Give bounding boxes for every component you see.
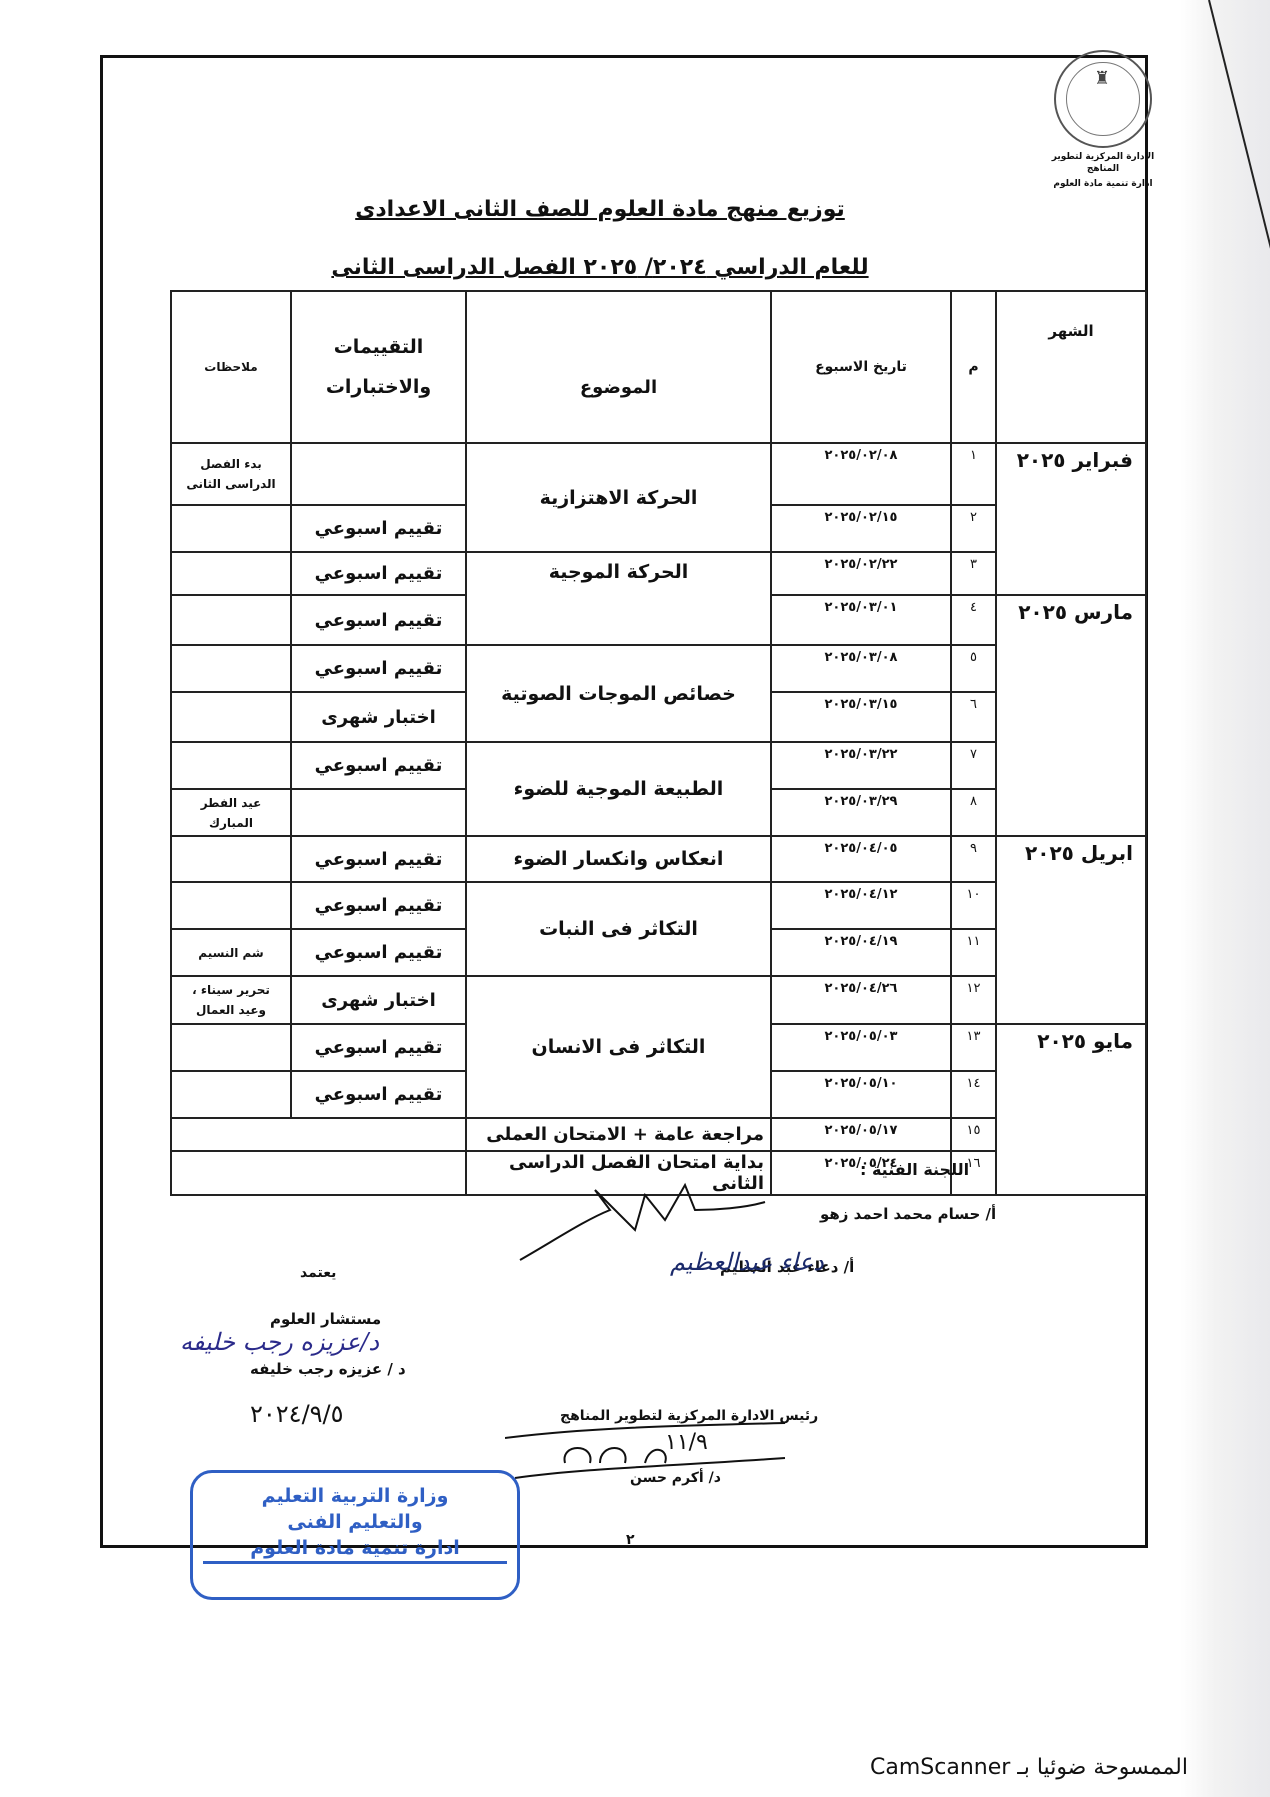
assessment-cell: تقييم اسبوعي: [291, 836, 466, 882]
seal-icon: ♜: [1054, 50, 1152, 148]
date-cell: ٢٠٢٥/٠٣/٢٢: [771, 742, 951, 789]
num-cell: ٩: [951, 836, 996, 882]
date-cell: ٢٠٢٥/٠٤/٢٦: [771, 976, 951, 1024]
page-number: ٢: [626, 1532, 635, 1548]
num-cell: ٨: [951, 789, 996, 836]
date-cell: ٢٠٢٥/٠٢/٠٨: [771, 443, 951, 505]
committee-label: اللجنة الفنية :: [860, 1160, 969, 1179]
num-cell: ٥: [951, 645, 996, 692]
eagle-icon: ♜: [1094, 68, 1110, 89]
notes-cell: بدء الفصل الدراسى الثانى: [171, 443, 291, 505]
notes-cell: [171, 595, 291, 645]
notes-cell: [171, 505, 291, 552]
approval-label: يعتمد: [300, 1265, 336, 1281]
num-cell: ٤: [951, 595, 996, 645]
table-header-row: الشهر م تاريخ الاسبوع الموضوع التقييمات …: [171, 291, 1146, 443]
logo-caption-1: الادارة المركزية لتطوير المناهج: [1048, 151, 1158, 175]
topic-cell: الحركة الموجية: [466, 552, 771, 645]
notes-cell: عيد الفطر المبارك: [171, 789, 291, 836]
month-cell: فبراير ٢٠٢٥: [996, 443, 1146, 595]
notes-cell: [171, 882, 291, 929]
empty-cell: [171, 1151, 466, 1195]
advisor-date: ٢٠٢٤/٩/٥: [250, 1400, 344, 1428]
header-assessment-line2: والاختبارات: [298, 367, 459, 407]
num-cell: ٢: [951, 505, 996, 552]
num-cell: ٦: [951, 692, 996, 742]
date-cell: ٢٠٢٥/٠٣/٠١: [771, 595, 951, 645]
num-cell: ٣: [951, 552, 996, 595]
num-cell: ١٣: [951, 1024, 996, 1071]
notes-cell: [171, 742, 291, 789]
topic-cell: الحركة الاهتزازية: [466, 443, 771, 552]
date-cell: ٢٠٢٥/٠٥/١٧: [771, 1118, 951, 1151]
notes-cell: تحرير سيناء ، وعيد العمال: [171, 976, 291, 1024]
empty-cell: [171, 1118, 466, 1151]
stamp-line-1: وزارة التربية التعليم: [193, 1483, 517, 1509]
month-cell: مارس ٢٠٢٥: [996, 595, 1146, 836]
assessment-cell: تقييم اسبوعي: [291, 1071, 466, 1118]
advisor-name: د / عزيزه رجب خليفه: [250, 1360, 406, 1378]
notes-cell: [171, 692, 291, 742]
num-cell: ١٥: [951, 1118, 996, 1151]
assessment-cell: [291, 789, 466, 836]
assessment-cell: اختبار شهرى: [291, 976, 466, 1024]
topic-cell: مراجعة عامة + الامتحان العملى: [466, 1118, 771, 1151]
header-assessment: التقييمات والاختبارات: [291, 291, 466, 443]
assessment-cell: [291, 443, 466, 505]
header-assessment-line1: التقييمات: [298, 327, 459, 367]
num-cell: ٧: [951, 742, 996, 789]
assessment-cell: تقييم اسبوعي: [291, 1024, 466, 1071]
topic-cell: خصائص الموجات الصوتية: [466, 645, 771, 742]
assessment-cell: تقييم اسبوعي: [291, 645, 466, 692]
assessment-cell: تقييم اسبوعي: [291, 505, 466, 552]
notes-cell: [171, 552, 291, 595]
signature-member-2: دعاء عبدالعظيم: [670, 1248, 824, 1276]
head-date: ١١/٩: [665, 1430, 708, 1455]
notes-cell: [171, 1071, 291, 1118]
date-cell: ٢٠٢٥/٠٢/٢٢: [771, 552, 951, 595]
committee-member-1: أ/ حسام محمد احمد زهو: [820, 1205, 996, 1223]
notes-cell: [171, 645, 291, 692]
assessment-cell: تقييم اسبوعي: [291, 742, 466, 789]
stamp-line-2: والتعليم الفنى: [193, 1509, 517, 1535]
date-cell: ٢٠٢٥/٠٣/١٥: [771, 692, 951, 742]
notes-cell: [171, 836, 291, 882]
assessment-cell: اختبار شهرى: [291, 692, 466, 742]
camscanner-watermark: الممسوحة ضوئيا بـ CamScanner: [870, 1755, 1188, 1780]
head-name: د/ أكرم حسن: [630, 1470, 721, 1486]
stamp-line-3: ادارة تنمية مادة العلوم: [203, 1535, 507, 1564]
curriculum-table: الشهر م تاريخ الاسبوع الموضوع التقييمات …: [170, 290, 1147, 1196]
header-month: الشهر: [996, 291, 1146, 443]
date-cell: ٢٠٢٥/٠٤/٠٥: [771, 836, 951, 882]
assessment-cell: تقييم اسبوعي: [291, 552, 466, 595]
num-cell: ١٢: [951, 976, 996, 1024]
date-cell: ٢٠٢٥/٠٤/١٩: [771, 929, 951, 976]
num-cell: ١١: [951, 929, 996, 976]
num-cell: ١: [951, 443, 996, 505]
ministry-logo: ♜ الادارة المركزية لتطوير المناهج ادارة …: [1048, 50, 1158, 180]
table-row: فبراير ٢٠٢٥ ١ ٢٠٢٥/٠٢/٠٨ الحركة الاهتزاز…: [171, 443, 1146, 505]
date-cell: ٢٠٢٥/٠٣/٢٩: [771, 789, 951, 836]
month-cell: مايو ٢٠٢٥: [996, 1024, 1146, 1195]
date-cell: ٢٠٢٥/٠٥/٠٣: [771, 1024, 951, 1071]
assessment-cell: تقييم اسبوعي: [291, 882, 466, 929]
page-curl-shadow: [1180, 0, 1270, 1797]
num-cell: ١٠: [951, 882, 996, 929]
header-notes: ملاحظات: [171, 291, 291, 443]
department-stamp: وزارة التربية التعليم والتعليم الفنى ادا…: [190, 1470, 520, 1600]
num-cell: ١٤: [951, 1071, 996, 1118]
topic-cell: انعكاس وانكسار الضوء: [466, 836, 771, 882]
date-cell: ٢٠٢٥/٠٣/٠٨: [771, 645, 951, 692]
header-topic: الموضوع: [466, 291, 771, 443]
table-row: ابريل ٢٠٢٥ ٩ ٢٠٢٥/٠٤/٠٥ انعكاس وانكسار ا…: [171, 836, 1146, 882]
document-title: توزيع منهج مادة العلوم للصف الثانى الاعد…: [300, 197, 900, 222]
header-num: م: [951, 291, 996, 443]
notes-cell: [171, 1024, 291, 1071]
date-cell: ٢٠٢٥/٠٢/١٥: [771, 505, 951, 552]
date-cell: ٢٠٢٥/٠٥/١٠: [771, 1071, 951, 1118]
topic-cell: التكاثر فى الانسان: [466, 976, 771, 1118]
advisor-title: مستشار العلوم: [270, 1310, 381, 1328]
assessment-cell: تقييم اسبوعي: [291, 929, 466, 976]
topic-cell: التكاثر فى النبات: [466, 882, 771, 976]
date-cell: ٢٠٢٥/٠٤/١٢: [771, 882, 951, 929]
month-cell: ابريل ٢٠٢٥: [996, 836, 1146, 1024]
assessment-cell: تقييم اسبوعي: [291, 595, 466, 645]
header-date: تاريخ الاسبوع: [771, 291, 951, 443]
notes-cell: شم النسيم: [171, 929, 291, 976]
document-subtitle: للعام الدراسي ٢٠٢٤/ ٢٠٢٥ الفصل الدراسى ا…: [300, 255, 900, 280]
logo-caption-2: ادارة تنمية مادة العلوم: [1048, 178, 1158, 190]
topic-cell: الطبيعة الموجية للضوء: [466, 742, 771, 836]
signature-advisor: د/عزيزه رجب خليفه: [180, 1328, 379, 1356]
